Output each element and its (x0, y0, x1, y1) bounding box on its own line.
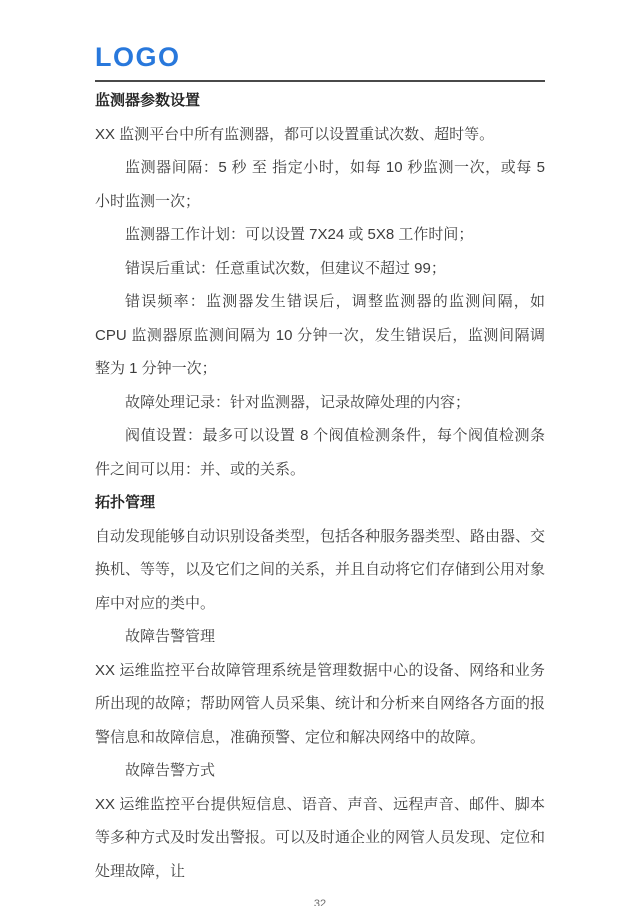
paragraph: 错误后重试：任意重试次数，但建议不超过 99； (95, 252, 545, 286)
logo: LOGO (95, 0, 545, 71)
paragraph: 监测器工作计划：可以设置 7X24 或 5X8 工作时间； (95, 218, 545, 252)
paragraph: 故障处理记录：针对监测器，记录故障处理的内容； (95, 386, 545, 420)
paragraph: 错误频率：监测器发生错误后，调整监测器的监测间隔，如 CPU 监测器原监测间隔为… (95, 285, 545, 386)
paragraph: XX 运维监控平台故障管理系统是管理数据中心的设备、网络和业务所出现的故障；帮助… (95, 654, 545, 755)
document-page: LOGO 监测器参数设置XX 监测平台中所有监测器，都可以设置重试次数、超时等。… (0, 0, 640, 906)
section-heading: 拓扑管理 (95, 486, 545, 520)
paragraph: 自动发现能够自动识别设备类型，包括各种服务器类型、路由器、交换机、等等，以及它们… (95, 520, 545, 621)
paragraph: XX 监测平台中所有监测器，都可以设置重试次数、超时等。 (95, 118, 545, 152)
page-number: 32 (95, 888, 545, 906)
paragraph: XX 运维监控平台提供短信息、语音、声音、远程声音、邮件、脚本等多种方式及时发出… (95, 788, 545, 889)
paragraph: 阀值设置：最多可以设置 8 个阀值检测条件，每个阀值检测条件之间可以用：并、或的… (95, 419, 545, 486)
document-body: 监测器参数设置XX 监测平台中所有监测器，都可以设置重试次数、超时等。监测器间隔… (95, 82, 545, 888)
paragraph: 故障告警方式 (95, 754, 545, 788)
paragraph: 故障告警管理 (95, 620, 545, 654)
section-heading: 监测器参数设置 (95, 84, 545, 118)
paragraph: 监测器间隔：5 秒 至 指定小时，如每 10 秒监测一次，或每 5 小时监测一次… (95, 151, 545, 218)
